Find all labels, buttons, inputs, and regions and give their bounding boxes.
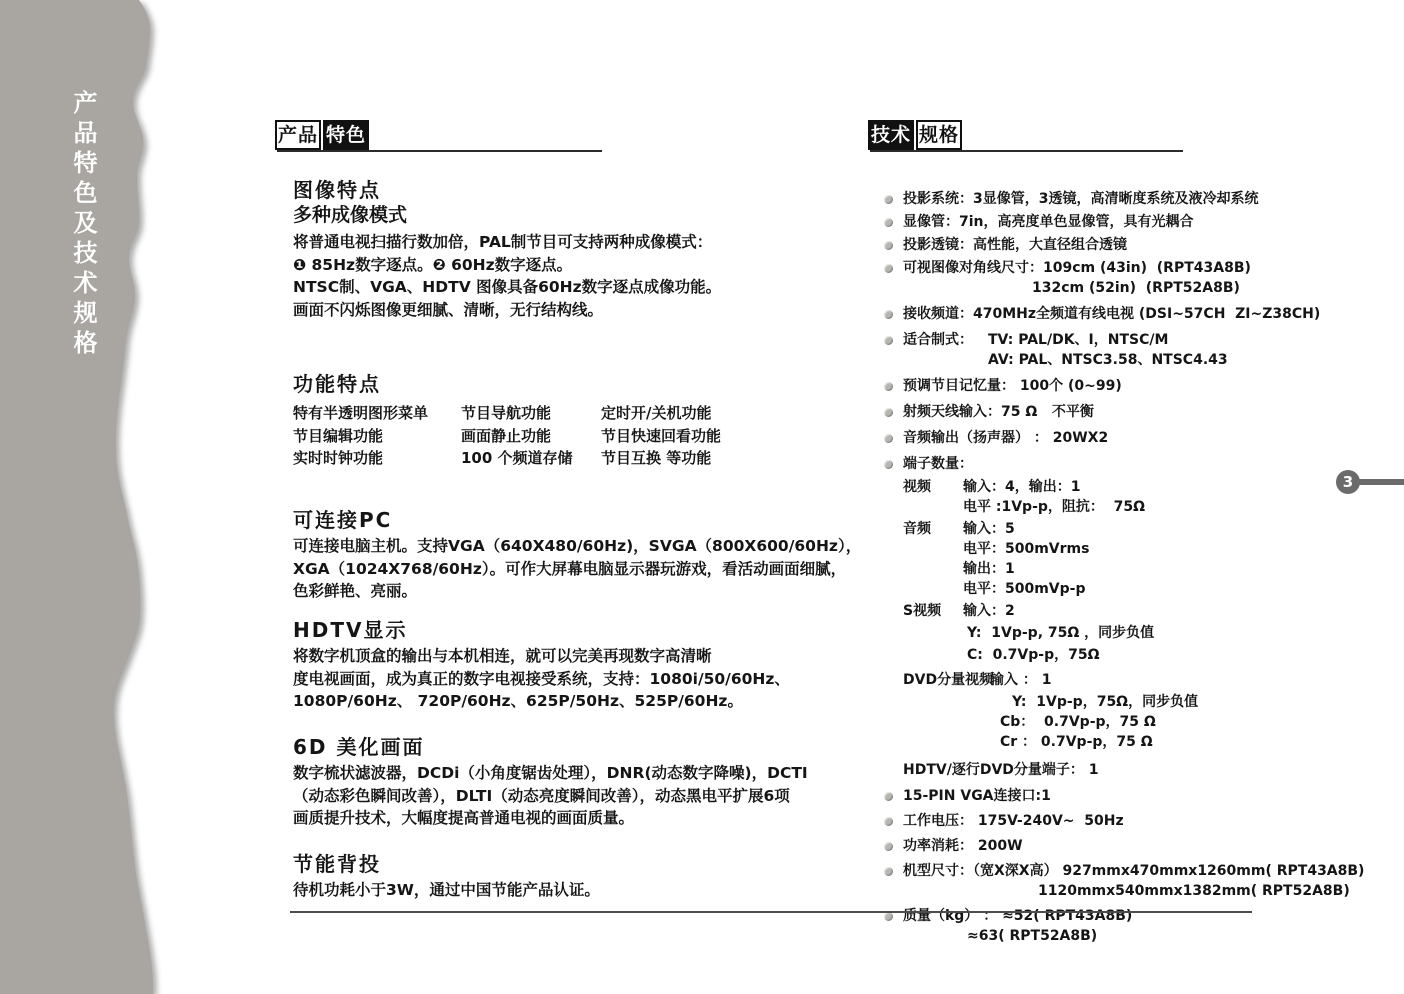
spec-line: 机型尺寸：（宽X深X高） 927mmx470mmx1260mm( RPT43A8…	[884, 862, 1314, 881]
spec-value: TV: PAL/DK、I，NTSC/M	[988, 332, 1168, 348]
bullet-icon	[884, 867, 893, 876]
spec-line: 视频输入：4，输出：1	[884, 478, 1314, 497]
specs-header-box2: 规格	[916, 120, 962, 150]
feature-text-line: （动态彩色瞬间改善），DLTI（动态亮度瞬间改善），动态黑电平扩展6项	[293, 785, 818, 808]
spec-label: 视频	[903, 478, 963, 497]
spec-line: 电平：500mVp-p	[944, 580, 1314, 599]
spec-value: 输出：1	[963, 561, 1015, 577]
feature-text-line: 数字梳状滤波器，DCDi（小角度锯齿处理），DNR(动态数字降噪)，DCTI	[293, 762, 818, 785]
feature-text-line: 将数字机顶盒的输出与本机相连，就可以完美再现数字高清晰	[293, 645, 818, 668]
feature-section: 可连接PC 可连接电脑主机。支持VGA（640X480/60Hz)，SVGA（8…	[293, 508, 818, 603]
specs-header-rule	[870, 150, 1183, 152]
spec-line: C: 0.7Vp-p，75Ω	[948, 646, 1314, 665]
bullet-icon	[884, 241, 893, 250]
bullet-icon	[884, 218, 893, 227]
feature-text-line: 将普通电视扫描行数加倍，PAL制节目可支持两种成像模式：	[293, 231, 818, 254]
bullet-icon	[884, 195, 893, 204]
feature-grid-cell: 定时开/关机功能	[601, 402, 711, 425]
spec-value: Cb： 0.7Vp-p，75 Ω	[1000, 714, 1156, 730]
bullet-icon	[884, 310, 893, 319]
spec-value: C: 0.7Vp-p，75Ω	[967, 647, 1100, 663]
feature-grid-row: 特有半透明图形菜单节目导航功能定时开/关机功能	[293, 402, 818, 425]
feature-grid-cell: 画面静止功能	[461, 425, 601, 448]
spec-value: 端子数量：	[903, 456, 973, 472]
spec-line: Cb： 0.7Vp-p，75 Ω	[981, 713, 1314, 732]
feature-text-line: 待机功耗小于3W，通过中国节能产品认证。	[293, 879, 818, 902]
spec-line: 132cm (52in) (RPT52A8B)	[1013, 279, 1314, 298]
spec-line: 显像管：7in，高亮度单色显像管，具有光耦合	[884, 213, 1314, 232]
bullet-icon	[884, 336, 893, 345]
spec-line: 可视图像对角线尺寸：109cm (43in) (RPT43A8B)	[884, 259, 1314, 278]
feature-section: 功能特点 特有半透明图形菜单节目导航功能定时开/关机功能节目编辑功能画面静止功能…	[293, 372, 818, 470]
bullet-icon	[884, 460, 893, 469]
spec-line: AV: PAL、NTSC3.58、NTSC4.43	[969, 351, 1314, 370]
spec-value: 电平 :1Vp-p，阻抗： 75Ω	[963, 499, 1145, 515]
feature-section-body: 将数字机顶盒的输出与本机相连，就可以完美再现数字高清晰度电视画面，成为真正的数字…	[293, 645, 818, 713]
spec-value: 15-PIN VGA连接口:1	[903, 788, 1051, 804]
spec-line: 音频输入：5	[884, 520, 1314, 539]
spec-line: 电平：500mVrms	[944, 540, 1314, 559]
specs-list: 投影系统：3显像管，3透镜，高清晰度系统及液冷却系统显像管：7in，高亮度单色显…	[884, 186, 1314, 946]
feature-text-line: 画质提升技术，大幅度提高普通电视的画面质量。	[293, 807, 818, 830]
spec-line: Cr ： 0.7Vp-p，75 Ω	[981, 733, 1314, 752]
feature-section-title: 图像特点	[293, 178, 818, 202]
feature-text-line: 1080P/60Hz、 720P/60Hz、625P/50Hz、525P/60H…	[293, 690, 818, 713]
spec-value: 机型尺寸：（宽X深X高） 927mmx470mmx1260mm( RPT43A8…	[903, 863, 1364, 879]
spec-line: 质量（kg） ： ≈52( RPT43A8B)	[884, 907, 1314, 926]
spec-value: 电平：500mVrms	[963, 541, 1089, 557]
feature-grid-cell: 特有半透明图形菜单	[293, 402, 461, 425]
spec-line: 端子数量：	[884, 455, 1314, 474]
spec-line: 电平 :1Vp-p，阻抗： 75Ω	[944, 498, 1314, 517]
feature-text-line: 色彩鲜艳、亮丽。	[293, 580, 818, 603]
spec-value: ≈63( RPT52A8B)	[967, 928, 1097, 944]
spec-value: HDTV/逐行DVD分量端子： 1	[903, 762, 1099, 778]
spec-line: 接收频道：470MHz全频道有线电视 (DSI~57CH ZI~Z38CH)	[884, 305, 1314, 324]
spec-line: Y: 1Vp-p, 75Ω ，同步负值	[948, 624, 1314, 643]
spec-line: S视频输入：2	[884, 602, 1314, 621]
feature-grid-cell: 实时时钟功能	[293, 447, 461, 470]
feature-section-title: 6D 美化画面	[293, 735, 818, 759]
spec-value: AV: PAL、NTSC3.58、NTSC4.43	[988, 352, 1228, 368]
bullet-icon	[884, 264, 893, 273]
spec-value: 功率消耗： 200W	[903, 838, 1023, 854]
specs-header-box1: 技术	[868, 120, 914, 150]
page-number-line	[1357, 479, 1404, 485]
feature-section-title: 功能特点	[293, 372, 818, 396]
feature-text-line: NTSC制、VGA、HDTV 图像具备60Hz数字逐点成像功能。	[293, 276, 818, 299]
spec-line: 适合制式：TV: PAL/DK、I，NTSC/M	[884, 331, 1314, 350]
features-header-rule	[277, 150, 602, 152]
feature-section-body: 将普通电视扫描行数加倍，PAL制节目可支持两种成像模式：❶ 85Hz数字逐点。❷…	[293, 231, 818, 321]
specs-header: 技术 规格	[868, 120, 962, 150]
feature-section-subtitle: 多种成像模式	[293, 202, 818, 228]
feature-section: 节能背投 待机功耗小于3W，通过中国节能产品认证。	[293, 852, 818, 902]
spec-line: 工作电压： 175V-240V~ 50Hz	[884, 812, 1314, 831]
spec-value: 输入 ： 1	[990, 672, 1052, 688]
spec-line: 输出：1	[944, 560, 1314, 579]
feature-grid-row: 实时时钟功能100 个频道存储节目互换 等功能	[293, 447, 818, 470]
bullet-icon	[884, 817, 893, 826]
spec-value: 音频输出（扬声器） ： 20WX2	[903, 430, 1108, 446]
features-header: 产品 特色	[275, 120, 369, 150]
spec-line: 功率消耗： 200W	[884, 837, 1314, 856]
spec-label: 音频	[903, 520, 963, 539]
spec-value: 投影系统：3显像管，3透镜，高清晰度系统及液冷却系统	[903, 191, 1258, 207]
spec-value: Cr ： 0.7Vp-p，75 Ω	[1000, 734, 1153, 750]
feature-section-body: 数字梳状滤波器，DCDi（小角度锯齿处理），DNR(动态数字降噪)，DCTI（动…	[293, 762, 818, 830]
spec-value: 可视图像对角线尺寸：109cm (43in) (RPT43A8B)	[903, 260, 1251, 276]
feature-text-line: XGA（1024X768/60Hz）。可作大屏幕电脑显示器玩游戏，看活动画面细腻…	[293, 558, 818, 581]
spec-value: 显像管：7in，高亮度单色显像管，具有光耦合	[903, 214, 1194, 230]
feature-text-line: 度电视画面，成为真正的数字电视接受系统，支持：1080i/50/60Hz、	[293, 668, 818, 691]
spec-value: 132cm (52in) (RPT52A8B)	[1032, 280, 1240, 296]
features-header-box2: 特色	[323, 120, 369, 150]
spec-value: 1120mmx540mmx1382mm( RPT52A8B)	[1038, 883, 1350, 899]
feature-section-title: HDTV显示	[293, 618, 818, 642]
bullet-icon	[884, 408, 893, 417]
feature-grid-cell: 100 个频道存储	[461, 447, 601, 470]
feature-grid: 特有半透明图形菜单节目导航功能定时开/关机功能节目编辑功能画面静止功能节目快速回…	[293, 402, 818, 470]
spec-value: 输入：2	[963, 603, 1015, 619]
bullet-icon	[884, 912, 893, 921]
feature-section-body: 可连接电脑主机。支持VGA（640X480/60Hz)，SVGA（800X600…	[293, 535, 818, 603]
feature-text-line: ❶ 85Hz数字逐点。❷ 60Hz数字逐点。	[293, 254, 818, 277]
spec-value: 电平：500mVp-p	[963, 581, 1086, 597]
spec-value: 输入：4，输出：1	[963, 479, 1080, 495]
bullet-icon	[884, 792, 893, 801]
feature-section-title: 节能背投	[293, 852, 818, 876]
spec-line: Y: 1Vp-p，75Ω，同步负值	[993, 693, 1314, 712]
feature-section: 图像特点 多种成像模式 将普通电视扫描行数加倍，PAL制节目可支持两种成像模式：…	[293, 178, 818, 321]
spec-line: DVD分量视频输入 ： 1	[884, 671, 1314, 690]
spec-line: 射频天线输入：75 Ω 不平衡	[884, 403, 1314, 422]
spec-line: HDTV/逐行DVD分量端子： 1	[884, 761, 1314, 780]
feature-grid-cell: 节目快速回看功能	[601, 425, 721, 448]
feature-grid-row: 节目编辑功能画面静止功能节目快速回看功能	[293, 425, 818, 448]
spec-line: 投影系统：3显像管，3透镜，高清晰度系统及液冷却系统	[884, 190, 1314, 209]
spec-line: 投影透镜：高性能，大直径组合透镜	[884, 236, 1314, 255]
bottom-rule	[290, 911, 1252, 913]
feature-grid-cell: 节目导航功能	[461, 402, 601, 425]
spec-line: 15-PIN VGA连接口:1	[884, 787, 1314, 806]
feature-grid-cell: 节目编辑功能	[293, 425, 461, 448]
spec-value: 接收频道：470MHz全频道有线电视 (DSI~57CH ZI~Z38CH)	[903, 306, 1320, 322]
feature-section-body: 特有半透明图形菜单节目导航功能定时开/关机功能节目编辑功能画面静止功能节目快速回…	[293, 402, 818, 470]
sidebar-vertical-title: 产 品 特 色 及 技 术 规 格	[62, 88, 110, 358]
spec-label: 适合制式：	[903, 331, 988, 350]
spec-line: 音频输出（扬声器） ： 20WX2	[884, 429, 1314, 448]
features-header-box1: 产品	[275, 120, 321, 150]
spec-value: 射频天线输入：75 Ω 不平衡	[903, 404, 1094, 420]
feature-section: 6D 美化画面 数字梳状滤波器，DCDi（小角度锯齿处理），DNR(动态数字降噪…	[293, 735, 818, 830]
spec-value: Y: 1Vp-p，75Ω，同步负值	[1012, 694, 1198, 710]
spec-label: DVD分量视频	[903, 671, 990, 690]
spec-label: S视频	[903, 602, 963, 621]
feature-grid-cell: 节目互换 等功能	[601, 447, 711, 470]
spec-line: 预调节目记忆量： 100个 (0~99)	[884, 377, 1314, 396]
spec-value: Y: 1Vp-p, 75Ω ，同步负值	[967, 625, 1154, 641]
feature-section-body: 待机功耗小于3W，通过中国节能产品认证。	[293, 879, 818, 902]
spec-value: 预调节目记忆量： 100个 (0~99)	[903, 378, 1122, 394]
bullet-icon	[884, 382, 893, 391]
feature-text-line: 画面不闪烁图像更细腻、清晰，无行结构线。	[293, 299, 818, 322]
feature-text-line: 可连接电脑主机。支持VGA（640X480/60Hz)，SVGA（800X600…	[293, 535, 818, 558]
feature-section: HDTV显示 将数字机顶盒的输出与本机相连，就可以完美再现数字高清晰度电视画面，…	[293, 618, 818, 713]
spec-line: 1120mmx540mmx1382mm( RPT52A8B)	[1019, 882, 1314, 901]
spec-line: ≈63( RPT52A8B)	[948, 927, 1314, 946]
bullet-icon	[884, 434, 893, 443]
spec-value: 投影透镜：高性能，大直径组合透镜	[903, 237, 1127, 253]
feature-section-title: 可连接PC	[293, 508, 818, 532]
spec-value: 输入：5	[963, 521, 1015, 537]
bullet-icon	[884, 842, 893, 851]
spec-value: 工作电压： 175V-240V~ 50Hz	[903, 813, 1124, 829]
